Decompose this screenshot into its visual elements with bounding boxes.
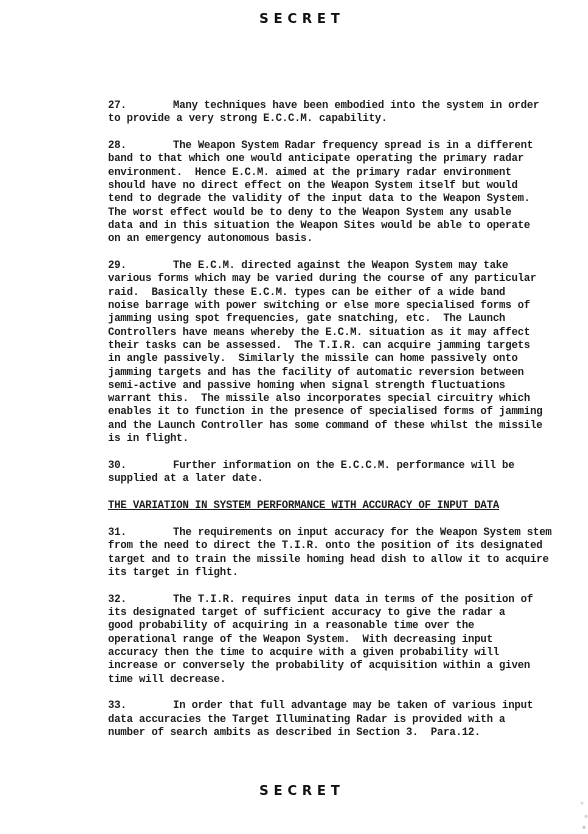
paragraph-group-ecm: 27.Many techniques have been embodied in… [108, 100, 578, 487]
classification-footer: SECRET [8, 784, 588, 799]
paragraph-line: its designated target of sufficient accu… [108, 607, 505, 619]
paragraph-line: on an emergency autonomous basis. [108, 233, 313, 245]
paragraph-line: to provide a very strong E.C.C.M. capabi… [108, 113, 387, 125]
paragraph-number: 27. [108, 100, 173, 113]
paragraph-number: 30. [108, 460, 173, 473]
paragraph-line: The T.I.R. requires input data in terms … [173, 594, 533, 606]
paragraph-line: jamming targets and has the facility of … [108, 367, 524, 379]
paragraph-line: supplied at a later date. [108, 473, 263, 485]
paragraph-line: number of search ambits as described in … [108, 727, 480, 739]
paragraph-number: 29. [108, 260, 173, 273]
paragraph-line: data and in this situation the Weapon Si… [108, 220, 530, 232]
paragraph-line: in angle passively. Similarly the missil… [108, 353, 518, 365]
paragraph-30: 30.Further information on the E.C.C.M. p… [108, 460, 578, 487]
paragraph-line: environment. Hence E.C.M. aimed at the p… [108, 167, 511, 179]
paragraph-line: In order that full advantage may be take… [173, 700, 533, 712]
scan-artifact [578, 790, 588, 834]
paragraph-number: 33. [108, 700, 173, 713]
paragraph-32: 32.The T.I.R. requires input data in ter… [108, 594, 578, 687]
paragraph-line: accuracy then the time to acquire with a… [108, 647, 499, 659]
paragraph-line: should have no direct effect on the Weap… [108, 180, 518, 192]
paragraph-line: raid. Basically these E.C.M. types can b… [108, 287, 505, 299]
paragraph-line: The requirements on input accuracy for t… [173, 527, 552, 539]
paragraph-line: band to that which one would anticipate … [108, 153, 524, 165]
paragraph-line: from the need to direct the T.I.R. onto … [108, 540, 543, 552]
paragraph-line: and the Launch Controller has some comma… [108, 420, 543, 432]
paragraph-line: their tasks can be assessed. The T.I.R. … [108, 340, 530, 352]
paragraph-line: The worst effect would be to deny to the… [108, 207, 511, 219]
paragraph-line: The E.C.M. directed against the Weapon S… [173, 260, 508, 272]
paragraph-line: various forms which may be varied during… [108, 273, 536, 285]
paragraph-28: 28.The Weapon System Radar frequency spr… [108, 140, 578, 246]
paragraph-line: good probability of acquiring in a reaso… [108, 620, 474, 632]
paragraph-line: enables it to function in the presence o… [108, 406, 543, 418]
paragraph-line: noise barrage with power switching or el… [108, 300, 530, 312]
paragraph-line: warrant this. The missile also incorpora… [108, 393, 530, 405]
paragraph-line: time will decrease. [108, 674, 226, 686]
document-body: 27.Many techniques have been embodied in… [108, 100, 578, 754]
paragraph-line: semi-active and passive homing when sign… [108, 380, 505, 392]
paragraph-line: jamming using spot frequencies, gate sna… [108, 313, 505, 325]
paragraph-number: 32. [108, 594, 173, 607]
paragraph-line: data accuracies the Target Illuminating … [108, 714, 505, 726]
paragraph-number: 31. [108, 527, 173, 540]
paragraph-line: Many techniques have been embodied into … [173, 100, 539, 112]
paragraph-group-input-accuracy: 31.The requirements on input accuracy fo… [108, 527, 578, 740]
paragraph-line: The Weapon System Radar frequency spread… [173, 140, 533, 152]
section-heading: THE VARIATION IN SYSTEM PERFORMANCE WITH… [108, 500, 578, 513]
paragraph-29: 29.The E.C.M. directed against the Weapo… [108, 260, 578, 446]
paragraph-31: 31.The requirements on input accuracy fo… [108, 527, 578, 580]
paragraph-line: its target in flight. [108, 567, 238, 579]
paragraph-line: Controllers have means whereby the E.C.M… [108, 327, 530, 339]
paragraph-line: is in flight. [108, 433, 189, 445]
paragraph-line: Further information on the E.C.C.M. perf… [173, 460, 514, 472]
paragraph-line: tend to degrade the validity of the inpu… [108, 193, 530, 205]
paragraph-27: 27.Many techniques have been embodied in… [108, 100, 578, 127]
paragraph-number: 28. [108, 140, 173, 153]
paragraph-line: target and to train the missile homing h… [108, 554, 549, 566]
paragraph-33: 33.In order that full advantage may be t… [108, 700, 578, 740]
paragraph-line: operational range of the Weapon System. … [108, 634, 493, 646]
paragraph-line: increase or conversely the probability o… [108, 660, 530, 672]
classification-header: SECRET [8, 12, 588, 27]
